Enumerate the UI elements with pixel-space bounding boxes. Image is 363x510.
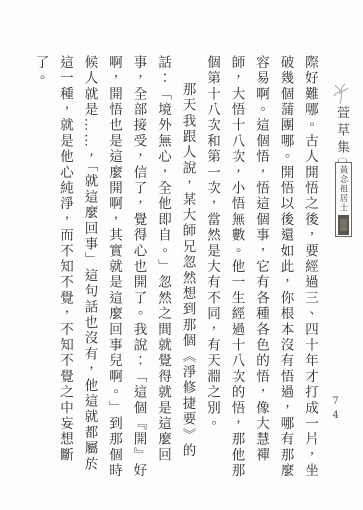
author-name: 黃念祖居士 xyxy=(336,165,351,213)
paragraph: 際好難哪。古人開悟之後，要經過三、四十年才打成一片，坐破幾個蒲團哪。開悟以後還如… xyxy=(200,55,323,483)
book-title: 萱草集(二) xyxy=(333,106,352,165)
paragraph: 那天我跟人說，某大師兄忽然想到那個《淨修捷要》的話：「境外無心，全他即自。」忽然… xyxy=(28,55,200,483)
book-page: 際好難哪。古人開悟之後，要經過三、四十年才打成一片，坐破幾個蒲團哪。開悟以後還如… xyxy=(0,0,363,510)
right-margin: 萱草集(二) 黃念祖居士 74 xyxy=(322,0,363,510)
main-text: 際好難哪。古人開悟之後，要經過三、四十年才打成一片，坐破幾個蒲團哪。開悟以後還如… xyxy=(53,55,322,483)
page-number: 74 xyxy=(330,396,341,424)
seal-block-icon xyxy=(338,215,349,235)
seal-inner xyxy=(340,219,347,231)
book-title-text: 萱草集 xyxy=(335,106,350,157)
author-label-box: 黃念祖居士 xyxy=(335,162,352,237)
flower-ornament-icon xyxy=(332,83,350,105)
